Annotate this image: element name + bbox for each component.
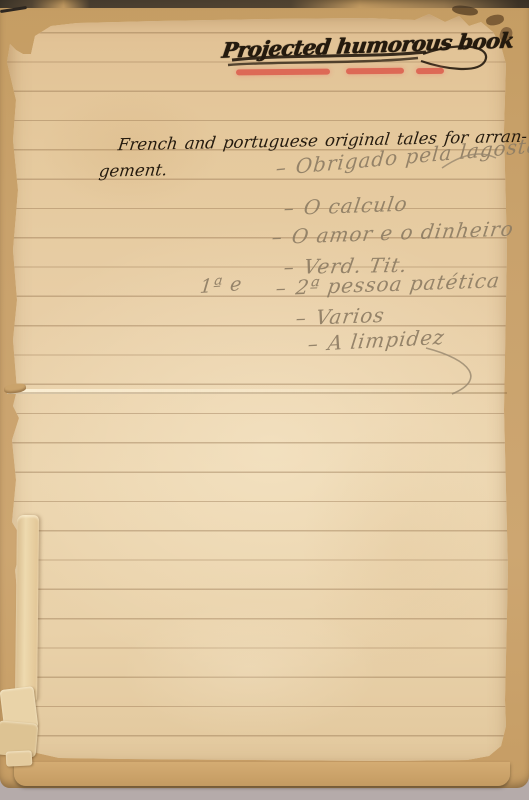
pencil-flourish-lagosta xyxy=(440,146,500,172)
red-pencil-underline xyxy=(346,68,404,75)
item-text: O calculo xyxy=(302,192,409,220)
list-item: –Varios xyxy=(294,303,386,330)
heading-line-2: gement. xyxy=(98,160,169,180)
list-dash: – xyxy=(282,196,296,221)
list-dash: – xyxy=(274,276,288,301)
margin-annotation: 1ª e xyxy=(199,273,244,298)
backing-page-bottom-edge xyxy=(14,762,510,786)
pencil-flourish-limpidez xyxy=(420,342,510,402)
scanned-notebook-scan: { "page": { "dash": "–", "title": "Proje… xyxy=(0,0,529,800)
list-dash: – xyxy=(294,306,308,331)
red-pencil-underline xyxy=(416,68,444,74)
item-text: Varios xyxy=(314,303,386,330)
scanner-edge-shadow xyxy=(0,0,529,8)
list-item: –O calculo xyxy=(282,192,409,220)
red-pencil-underline xyxy=(236,69,330,76)
crumpled-corner-fold xyxy=(6,750,33,766)
list-dash: – xyxy=(270,225,284,250)
tape-repair-strip xyxy=(15,515,39,701)
ink-strikethrough-flourish xyxy=(218,34,508,84)
list-dash: – xyxy=(275,155,288,180)
list-dash: – xyxy=(307,331,321,356)
